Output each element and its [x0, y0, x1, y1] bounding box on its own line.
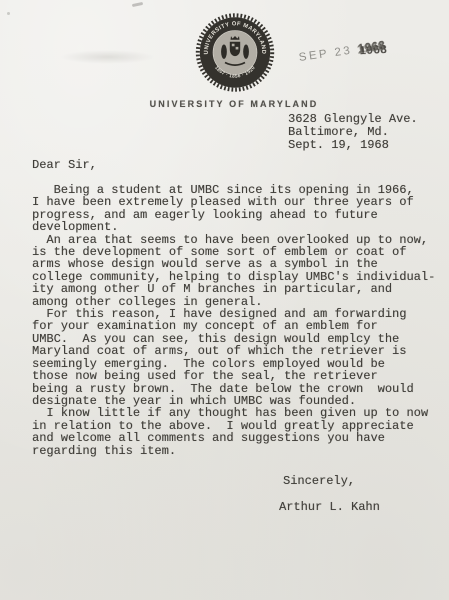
body-line: Maryland coat of arms, out of which the … — [32, 345, 444, 357]
body-line: I have been extremely pleased with our t… — [32, 196, 444, 208]
body-line: ity among other U of M branches in parti… — [32, 283, 444, 295]
university-seal-icon: UNIVERSITY OF MARYLAND 1807 · 1856 · 192… — [195, 11, 275, 94]
scanned-letter-page: UNIVERSITY OF MARYLAND 1807 · 1856 · 192… — [0, 0, 449, 600]
stamp-month-day: SEP 23 — [298, 45, 353, 64]
stamp-year: 196819681968 — [357, 40, 386, 56]
address-line: Sept. 19, 1968 — [288, 139, 418, 152]
body-line: and welcome all comments and suggestions… — [32, 432, 444, 444]
body-line: development. — [32, 221, 444, 233]
scan-smudge — [60, 50, 155, 64]
salutation: Dear Sir, — [32, 159, 97, 171]
sender-address-block: 3628 Glengyle Ave.Baltimore, Md.Sept. 19… — [288, 113, 418, 152]
closing: Sincerely, — [283, 475, 355, 487]
letter-body: Being a student at UMBC since its openin… — [32, 184, 444, 457]
university-seal: UNIVERSITY OF MARYLAND 1807 · 1856 · 192… — [195, 11, 275, 94]
received-date-stamp: SEP 23196819681968 — [298, 40, 386, 64]
scan-speck — [7, 12, 10, 15]
signature-name: Arthur L. Kahn — [279, 501, 380, 513]
scan-speck — [132, 2, 143, 7]
body-line: I know little if any thought has been gi… — [32, 407, 444, 419]
letterhead-institution: UNIVERSITY OF MARYLAND — [134, 99, 334, 109]
body-line: those now being used for the seal, the r… — [32, 370, 444, 382]
body-line: arms whose design would serve as a symbo… — [32, 258, 444, 270]
body-line: for your examination my concept of an em… — [32, 320, 444, 332]
body-line: regarding this item. — [32, 445, 444, 457]
